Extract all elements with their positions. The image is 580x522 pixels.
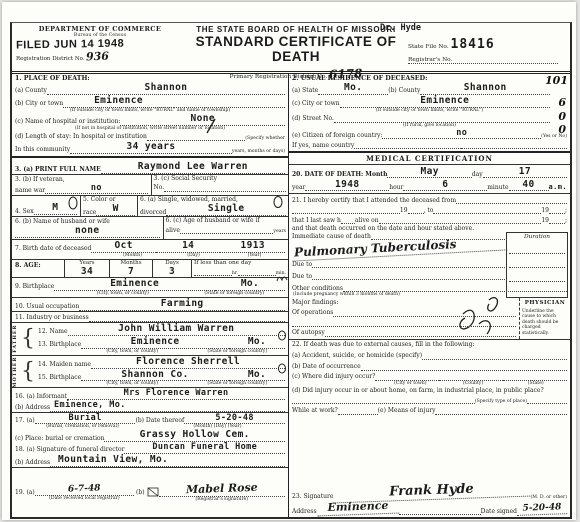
marital-cell: 6. (a) Single, widowed, married, divorce…: [137, 196, 288, 216]
race-label: 5. Color or: [83, 196, 135, 203]
accident-fill: [422, 359, 567, 360]
state-file-number: State File No. 18416: [408, 37, 495, 52]
birthdate-row: 7. Birth date of deceased Oct 14 1913 (M…: [12, 240, 288, 260]
findings-main: Major findings: Of operations Of autopsy: [289, 298, 519, 339]
findings-fill2: [292, 326, 516, 327]
residence-county-value: Shannon: [420, 82, 550, 95]
country-fill: [354, 148, 460, 149]
community-note: years, months or days): [232, 149, 285, 154]
last-saw-fill2: [379, 223, 542, 224]
sex-label: 4. Sex: [15, 208, 34, 216]
veteran-label: 3. (b) If veteran,: [15, 176, 148, 183]
where-note-county: (County): [442, 381, 505, 386]
father-brace: {: [21, 329, 35, 349]
certify-fill2: [292, 213, 400, 214]
findings-label: Major findings:: [292, 299, 338, 307]
death-hour-label: hour: [389, 184, 403, 192]
residence-title: 2. USUAL RESIDENCE OF DECEASED:: [289, 74, 570, 82]
registrar-stamp-mark: [147, 487, 159, 497]
state-file-value: 18416: [451, 37, 495, 52]
birthdate-notes: (Month) (Day) (Year): [12, 253, 288, 259]
death-hour-value: 6: [403, 179, 487, 192]
duration-row3: [509, 268, 565, 282]
city-value: Eminence: [63, 95, 174, 108]
department-line: DEPARTMENT OF COMMERCE: [16, 25, 184, 33]
hospital-label: (c) Name of hospital or institution:: [15, 118, 120, 126]
left-column: 1. PLACE OF DEATH: (a) CountyShannon (b)…: [12, 74, 289, 517]
father-side-label: FATHER: [12, 323, 21, 355]
burial-place-label: (c) Place: burial or cremation: [15, 435, 104, 443]
marital-value: Single: [166, 203, 286, 216]
death-ampm: a.m.: [549, 183, 567, 192]
age-months-cell: Months7: [109, 260, 152, 277]
spouse-age-fill: [180, 233, 273, 234]
mother-birthplace-label: 15. Birthplace: [38, 374, 81, 382]
birth-year: 1913: [220, 240, 285, 253]
section-physician-signature: 23. SignatureFrank Hyde(M. D. or other) …: [289, 415, 570, 517]
injury-place-fill2: [527, 403, 567, 404]
section-date-of-death: 20. DATE OF DEATH: MonthMayday17 year194…: [289, 165, 570, 194]
birthplace-label: 9. Birthplace: [15, 283, 54, 291]
death-year-label: year: [292, 184, 305, 192]
ssn-cell: 3. (c) Social Security No.: [151, 175, 289, 196]
registration-district-value: 936: [86, 50, 109, 64]
header-right: Dr. Hyde State File No. 18416 Registrar'…: [408, 25, 566, 71]
stay-note: (Specify whether: [245, 136, 285, 141]
residence-street-fill: [334, 122, 550, 123]
last-19: 19: [541, 217, 549, 225]
spouse-age-label2: alive: [166, 227, 180, 235]
community-label: In this community: [15, 146, 70, 154]
age-row: 8. AGE: Years34 Months7 Days3 If less th…: [12, 260, 288, 278]
funeral-director-value: Duncan Funeral Home: [124, 442, 285, 454]
age-years-value: 34: [67, 266, 107, 277]
autopsy-label: Of autopsy: [292, 329, 325, 337]
registrar-sig-cell: Mabel Rose (Registrar's signature): [159, 482, 285, 502]
spouse-label: 6. (b) Name of husband or wife: [15, 218, 160, 225]
physician-address-label: Address: [292, 508, 317, 516]
last-saw-fill1: [341, 223, 355, 224]
residence-street-label: (d) Street No.: [292, 115, 334, 123]
race-cell: 5. Color or raceW: [80, 196, 137, 216]
due-label-2: Due to: [292, 273, 312, 281]
death-month-value: May: [387, 166, 471, 179]
mother-group: MOTHER { 14. Maiden nameFlorence Sherrel…: [12, 356, 288, 389]
certify-19b: 19: [541, 207, 549, 215]
spouse-age-cell: 6. (c) Age of husband or wife if aliveye…: [163, 217, 288, 239]
residence-county-label: (b) County: [388, 87, 420, 95]
county-value: Shannon: [47, 82, 285, 95]
ssn-label2: No.: [154, 184, 165, 192]
pen-loop-mark: [272, 196, 284, 209]
section-place-of-death: 1. PLACE OF DEATH: (a) CountyShannon (b)…: [12, 74, 288, 158]
work-fill: [338, 414, 378, 415]
pen-loop-mark: [67, 196, 79, 210]
death-minute-value: 40: [509, 179, 549, 192]
last-saw-fill3: [549, 223, 565, 224]
registration-district: Registration District No. 936: [16, 50, 184, 63]
father-notes: (City, town, or county) (State or foreig…: [35, 349, 288, 355]
residence-state-value: Mo.: [318, 82, 388, 95]
certificate-title: STANDARD CERTIFICATE OF DEATH: [184, 34, 408, 64]
pen-squiggle-mark: [275, 272, 289, 284]
certify-fill1: [456, 203, 567, 204]
marital-label2: divorced: [140, 209, 166, 217]
age-label: 8. AGE:: [12, 260, 64, 277]
citizen-value: no: [382, 128, 541, 140]
stay-label: (d) Length of stay: In hospital or insti…: [15, 133, 147, 141]
sex-cell: 4. Sex M: [12, 196, 80, 216]
certificate-frame: DEPARTMENT OF COMMERCE Bureau of the Cen…: [10, 22, 572, 519]
certify-fill5: [549, 213, 565, 214]
certify-semi: ;: [565, 207, 567, 215]
registration-district-label: Registration District No.: [16, 56, 85, 62]
last-semi: ;: [565, 217, 567, 225]
burial-label: 17. (a): [15, 417, 35, 425]
burial-method-value: Burial: [35, 413, 136, 425]
birthplace-state: Mo.: [215, 278, 285, 291]
sex-race-marital-row: 4. Sex M 5. Color or raceW 6. (a) Single…: [12, 196, 288, 217]
occurred-line: and that death occurred on the date and …: [292, 225, 474, 233]
birthplace-state-note: (State or foreign country): [184, 291, 285, 296]
country-label: If yes, name country: [292, 142, 354, 150]
father-state-note: (State or foreign country): [190, 349, 285, 354]
father-group: FATHER { 12. NameJohn William Warren 13.…: [12, 323, 288, 356]
veteran-value: no: [45, 183, 147, 195]
injury-place-fill: [292, 403, 475, 404]
accident-label: (a) Accident, suicide, or homicide (spec…: [292, 352, 422, 360]
duration-row2: [509, 254, 565, 268]
certify-fill3: [408, 213, 424, 214]
mother-state-value: Mo.: [229, 369, 285, 382]
burial-place-row: (c) Place: burial or cremation Grassy Ho…: [12, 429, 288, 442]
place-of-death-title: 1. PLACE OF DEATH:: [12, 74, 288, 82]
while-at-work-label: While at work?: [292, 407, 338, 415]
citizen-label: (e) Citizen of foreign country:: [292, 132, 382, 140]
informant-value: Mrs Florence Warren: [67, 388, 285, 400]
father-birthplace-note: (City, town, or county): [75, 349, 190, 354]
doctor-annotation: Dr. Hyde: [380, 23, 421, 33]
autopsy-fill: [325, 336, 516, 337]
spouse-age-label: 6. (c) Age of husband or wife if: [166, 217, 286, 224]
spouse-age-note: years: [273, 229, 286, 234]
full-name-row: 3. (a) PRINT FULL NAME Raymond Lee Warre…: [12, 158, 288, 175]
marital-label: 6. (a) Single, widowed, married,: [140, 196, 286, 203]
registrar-label: 19. (a): [15, 489, 35, 497]
veteran-ssn-row: 3. (b) If veteran, name warno 3. (c) Soc…: [12, 175, 288, 197]
industry-fill: [89, 321, 285, 322]
mother-notes: (City, town, or county) (State or foreig…: [35, 381, 288, 387]
scanned-certificate: DEPARTMENT OF COMMERCE Bureau of the Cen…: [2, 2, 576, 520]
county-label: (a) County: [15, 87, 47, 95]
where-fill1: [375, 380, 439, 381]
registrar-date-value: 6-7-48: [68, 483, 101, 495]
city-label: (b) City or town: [15, 100, 63, 108]
age-months-value: 7: [112, 266, 150, 277]
certificate-body: 1. PLACE OF DEATH: (a) CountyShannon (b)…: [12, 74, 570, 517]
operations-label: Of operations: [292, 309, 333, 317]
race-value: W: [96, 203, 135, 216]
age-days-cell: Days3: [152, 260, 191, 277]
mother-brace: {: [21, 362, 35, 382]
where-fill2: [439, 380, 503, 381]
birthdate-label: 7. Birth date of deceased: [15, 245, 91, 253]
registrar-sig-label: (b): [136, 489, 145, 497]
full-name-label: 3. (a) PRINT FULL NAME: [15, 166, 101, 174]
father-state-value: Mo.: [229, 336, 285, 349]
mother-name-value: Florence Sherrell: [91, 356, 285, 369]
margin-handwritten-0a: 0: [558, 110, 566, 123]
burial-row: 17. (a) Burial (b) Date thereof 5-20-48: [12, 413, 288, 425]
physician-address-value: Eminence: [316, 499, 398, 517]
registrar-sig-value: Mabel Rose: [186, 481, 258, 497]
veteran-cell: 3. (b) If veteran, name warno: [12, 175, 151, 196]
city-fill: [174, 107, 285, 108]
registrar-row: 19. (a) 6-7-48 (Date received local regi…: [12, 468, 288, 517]
registrar-date-cell: 6-7-48 (Date received local registrar): [35, 484, 134, 501]
birth-month-note: (Month): [102, 253, 163, 258]
father-birthplace-label: 13. Birthplace: [38, 341, 81, 349]
right-column: 101 6 0 0 2. USUAL RESIDENCE OF DECEASED…: [289, 74, 570, 517]
external-title: 22. If death was due to external causes,…: [292, 341, 474, 349]
age-hr-fill: [194, 275, 232, 276]
age-min-fill: [238, 275, 276, 276]
mother-state-note: (State or foreign country): [190, 381, 285, 386]
certify-line1: 21. I hereby certify that I attended the…: [292, 197, 456, 205]
informant-address-row: (b) Address Eminence, Mo.: [12, 400, 288, 413]
funeral-address-row: (b) Address Mountain View, Mo.: [12, 454, 288, 468]
sex-value: M: [34, 202, 77, 215]
veteran-label2: name war: [15, 187, 45, 195]
age-years-cell: Years34: [64, 260, 109, 277]
father-name-label: 12. Name: [38, 328, 68, 336]
birth-year-note: (Year): [224, 253, 285, 258]
physician-side-label: PHYSICIAN: [522, 300, 568, 306]
duration-row1: [509, 240, 565, 254]
father-birthplace-value: Eminence: [81, 336, 229, 349]
spouse-name-cell: 6. (b) Name of husband or wife none: [12, 217, 163, 239]
race-label2: race: [83, 209, 96, 217]
ssn-fill: [164, 191, 286, 192]
funeral-director-label: 18. (a) Signature of funeral director: [15, 446, 124, 454]
death-day-value: 17: [483, 166, 567, 179]
findings-block: Major findings: Of operations Of autopsy…: [289, 298, 570, 340]
physician-margin: PHYSICIAN Underline the cause to which d…: [519, 298, 570, 339]
informant-label: 16. (a) Informant: [15, 393, 67, 401]
registrar-sig-note: (Registrar's signature): [159, 496, 285, 502]
injury-place-label: (d) Did injury occur in or about home, o…: [292, 387, 544, 395]
alive-on-label: alive on: [355, 217, 379, 225]
informant-row: 16. (a) Informant Mrs Florence Warren: [12, 388, 288, 400]
spouse-row: 6. (b) Name of husband or wife none 6. (…: [12, 217, 288, 240]
state-file-label: State File No.: [408, 44, 449, 50]
death-day-label: day: [472, 171, 483, 179]
registrar-date-note: (Date received local registrar): [35, 495, 134, 501]
margin-handwritten-6: 6: [558, 96, 566, 109]
informant-address-label: (b) Address: [15, 404, 50, 412]
due-fill-2: [312, 279, 507, 280]
date-of-death-label: 20. DATE OF DEATH: Month: [292, 171, 387, 179]
certificate-header: DEPARTMENT OF COMMERCE Bureau of the Cen…: [12, 23, 570, 74]
operations-fill: [333, 316, 516, 317]
full-name-value: Raymond Lee Warren: [101, 161, 285, 174]
father-name-value: John William Warren: [68, 323, 285, 336]
birthplace-row: 9. Birthplace Eminence Mo. (City, town, …: [12, 278, 288, 298]
mother-birthplace-note: (City, town, or county): [75, 381, 190, 386]
header-center: THE STATE BOARD OF HEALTH OF MISSOURI ST…: [184, 25, 408, 71]
section-external-causes: 22. If death was due to external causes,…: [289, 340, 570, 415]
residence-city-value: Eminence: [340, 95, 550, 108]
certify-fill4: [433, 213, 541, 214]
birthplace-notes: (City, town, or county) (State or foreig…: [12, 291, 288, 297]
occurrence-date-fill: [361, 370, 567, 371]
pen-loop-mark: [277, 330, 287, 341]
board-title: THE STATE BOARD OF HEALTH OF MISSOURI: [184, 25, 408, 34]
where-fill3: [503, 380, 567, 381]
country-fill2: [461, 148, 567, 149]
header-left: DEPARTMENT OF COMMERCE Bureau of the Cen…: [16, 25, 184, 71]
registrar-number-line: Registrar's No.: [408, 57, 558, 64]
pen-slash-mark: [204, 118, 218, 134]
last-saw-label: that I last saw h: [292, 217, 341, 225]
duration-box: Duration: [506, 232, 568, 298]
certify-to: , to: [424, 207, 434, 215]
section-residence: 101 6 0 0 2. USUAL RESIDENCE OF DECEASED…: [289, 74, 570, 153]
cause-label: Immediate cause of death: [292, 233, 371, 241]
birthplace-note: (City, town, or county): [62, 291, 184, 296]
spouse-value: none: [15, 225, 160, 238]
section-certify: 21. I hereby certify that I attended the…: [289, 194, 570, 232]
hospital-value: None: [120, 113, 285, 126]
date-signed-label: Date signed: [481, 508, 517, 516]
date-signed-value: 5-20-48: [517, 502, 567, 516]
medical-certification-title: MEDICAL CERTIFICATION: [289, 153, 570, 165]
birth-month: Oct: [91, 240, 156, 253]
physician-sig-label: 23. Signature: [292, 493, 333, 501]
pen-loop-mark: [277, 363, 287, 374]
death-year-value: 1948: [305, 179, 389, 192]
physician-address-fill: [399, 514, 481, 515]
margin-handwritten-0b: 0: [558, 123, 566, 136]
mother-name-label: 14. Maiden name: [38, 361, 91, 369]
residence-state-label: (a) State: [292, 87, 318, 95]
due-fill-1: [312, 267, 507, 268]
burial-place-value: Grassy Hollow Cem.: [104, 429, 285, 442]
occurrence-date-label: (b) Date of occurrence: [292, 363, 361, 371]
injury-place-note: (Specify type of place): [475, 399, 527, 404]
residence-city-label: (c) City or town: [292, 100, 340, 108]
where-injury-label: (c) Where did injury occur?: [292, 373, 375, 381]
ssn-label: 3. (c) Social Security: [154, 175, 287, 182]
certify-19a: 19: [400, 207, 408, 215]
where-note-city: (City or town): [379, 381, 442, 386]
where-note-state: (State): [504, 381, 567, 386]
occupation-row: 10. Usual occupation Farming: [12, 298, 288, 312]
informant-address-value: Eminence, Mo.: [50, 400, 285, 412]
death-minute-label: minute: [487, 184, 508, 192]
mother-side-label: MOTHER: [12, 356, 21, 388]
means-fill: [435, 414, 567, 415]
burial-date-label: (b) Date thereof: [135, 417, 184, 425]
birth-day: 14: [156, 240, 221, 253]
industry-row: 11. Industry or business: [12, 312, 288, 323]
community-value: 34 years: [70, 141, 232, 154]
birthplace-value: Eminence: [54, 278, 215, 291]
age-days-value: 3: [155, 266, 189, 277]
mother-birthplace-value: Shannon Co.: [81, 369, 229, 382]
industry-label: 11. Industry or business: [15, 314, 89, 322]
birth-day-note: (Day): [163, 253, 224, 258]
other-conditions-fill: [343, 291, 567, 292]
occupation-value: Farming: [79, 298, 285, 311]
means-of-injury-label: (e) Means of injury: [378, 407, 436, 415]
hospital-note: (If not in hospital or institution, writ…: [12, 126, 288, 131]
funeral-address-label: (b) Address: [15, 459, 50, 467]
funeral-address-value: Mountain View, Mo.: [50, 454, 285, 467]
underline-cause-note: Underline the cause to which death shoul…: [522, 309, 568, 337]
burial-date-value: 5-20-48: [184, 413, 285, 425]
age-less-cell: If less than one day hr.min.: [191, 260, 288, 277]
occupation-label: 10. Usual occupation: [15, 303, 79, 311]
due-label-1: Due to: [292, 261, 312, 269]
cause-of-death-block: Duration Immediate cause of death Pulmon…: [289, 232, 570, 280]
funeral-director-row: 18. (a) Signature of funeral director Du…: [12, 442, 288, 454]
